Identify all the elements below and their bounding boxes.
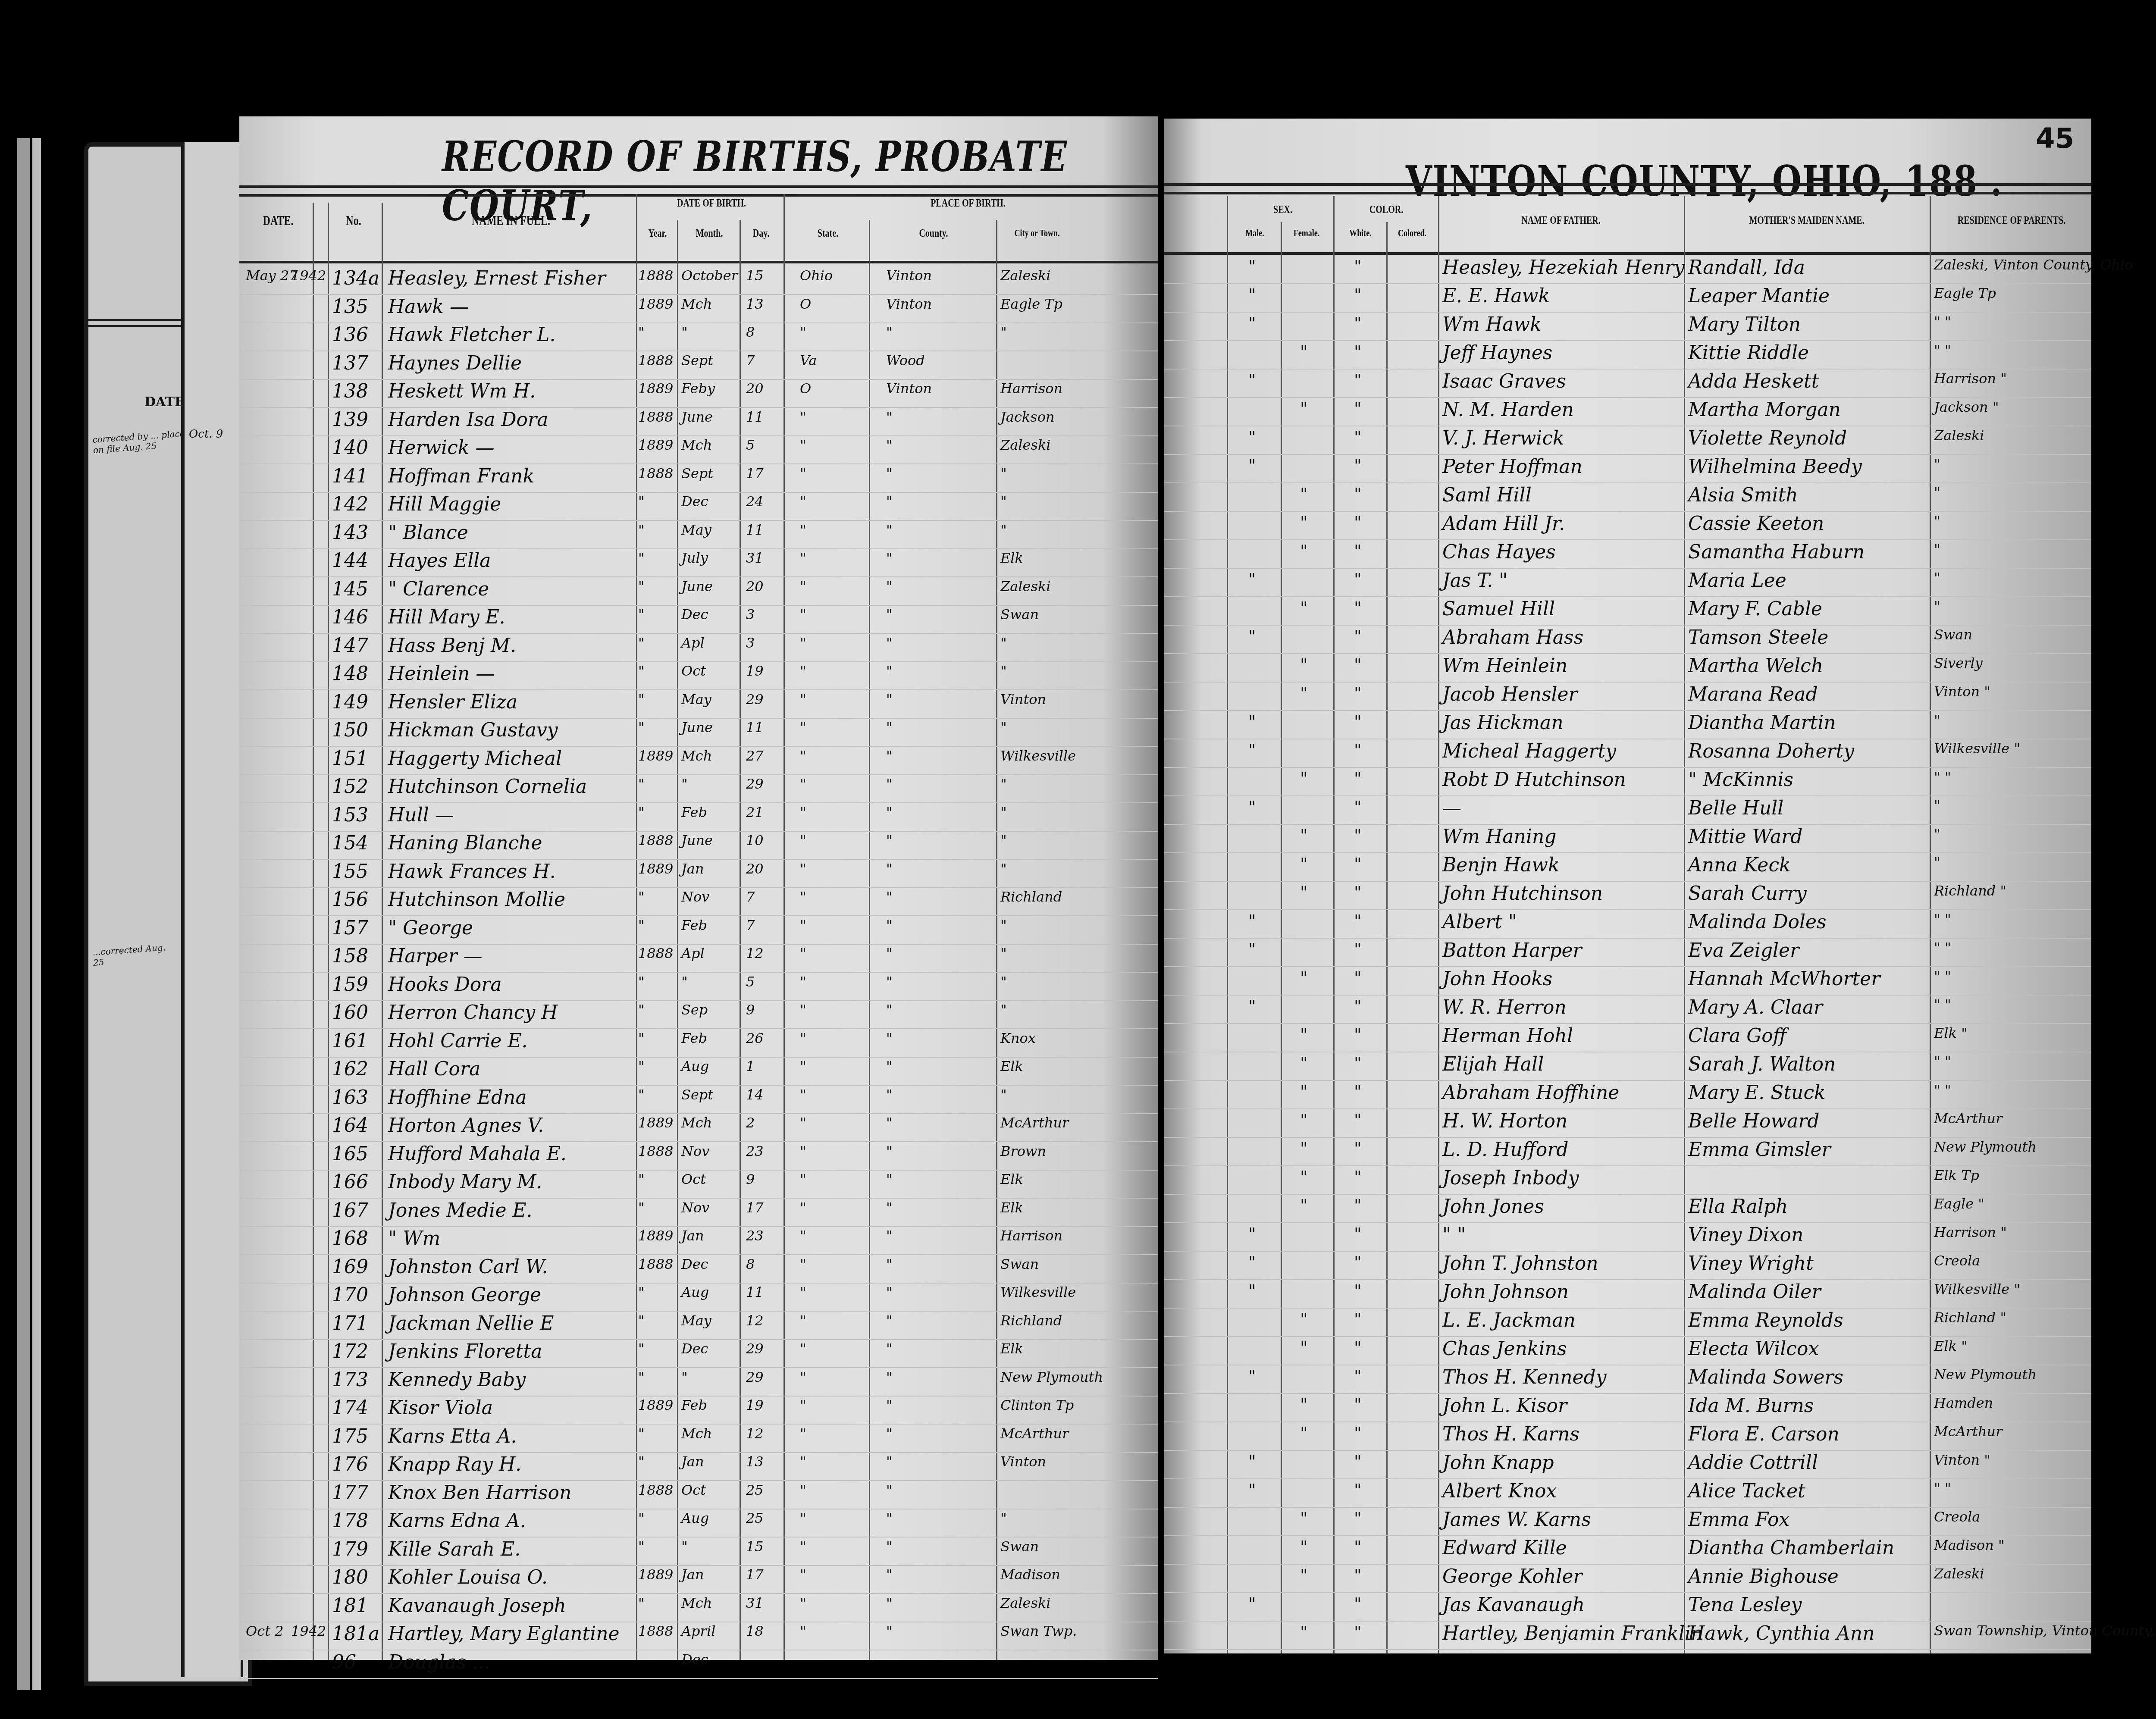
cell-state: "	[800, 1453, 806, 1470]
cell-year: 1889	[638, 748, 673, 764]
cell-mother: Diantha Martin	[1688, 712, 1836, 734]
cell-state: "	[800, 635, 806, 651]
cell-date: May 27	[246, 267, 298, 284]
cell-city: Swan	[1000, 606, 1039, 623]
cell-year: 1888	[638, 945, 673, 961]
record-row: """ "Viney DixonHarrison "	[1164, 1224, 2091, 1252]
cell-mother: Kittie Riddle	[1688, 342, 1809, 364]
ruled-line	[1164, 938, 2091, 939]
header-sex: SEX.	[1229, 204, 1337, 216]
ruled-line	[239, 1113, 1158, 1114]
cell-month: July	[681, 550, 708, 566]
cell-state: "	[800, 804, 806, 820]
cell-no: 158	[332, 945, 368, 967]
cell-mother: Eva Zeigler	[1688, 939, 1799, 961]
cell-city: Richland	[1000, 1312, 1062, 1329]
record-row: ""Herman HohlClara GoffElk "	[1164, 1025, 2091, 1053]
ruled-line	[1164, 710, 2091, 711]
cell-month: Dec	[681, 1340, 708, 1357]
record-row: 140Herwick —1889Mch5""Zaleski	[239, 437, 1158, 465]
ruled-line	[1164, 1507, 2091, 1508]
cell-city: "	[1000, 1087, 1007, 1103]
cell-father: V. J. Herwick	[1442, 427, 1564, 449]
cell-no: 164	[332, 1115, 368, 1137]
cell-state: "	[800, 550, 806, 566]
record-row: ""Chas HayesSamantha Haburn"	[1164, 541, 2091, 570]
cell-father: Jas Kavanaugh	[1442, 1594, 1585, 1616]
cell-residence: Creola	[1934, 1509, 1980, 1525]
cell-male: "	[1248, 939, 1256, 958]
cell-white: "	[1354, 626, 1361, 645]
cell-residence: Elk "	[1934, 1025, 1968, 1041]
cell-county: "	[886, 1199, 893, 1216]
cell-residence: "	[1934, 456, 1940, 472]
cell-white: "	[1354, 655, 1361, 674]
cell-female: "	[1300, 769, 1307, 788]
ruled-line	[1164, 625, 2091, 626]
cell-day: 19	[746, 663, 764, 679]
cell-state: "	[800, 663, 806, 679]
record-row: ""Thos H. KennedyMalinda SowersNew Plymo…	[1164, 1366, 2091, 1395]
ruled-line	[239, 1537, 1158, 1537]
cell-year: "	[638, 663, 645, 679]
ruled-line	[239, 1339, 1158, 1340]
cell-residence: Zaleski, Vinton County, Ohio	[1934, 257, 2133, 273]
ruled-line	[239, 548, 1158, 549]
cell-residence: Creola	[1934, 1252, 1980, 1269]
cell-mother: Wilhelmina Beedy	[1688, 456, 1862, 478]
ruled-line	[239, 520, 1158, 521]
ruled-line	[239, 323, 1158, 323]
ruled-line	[239, 1170, 1158, 1171]
cell-white: "	[1354, 1167, 1361, 1186]
cell-residence: "	[1934, 826, 1940, 842]
cell-female: "	[1300, 1309, 1307, 1328]
ruled-line	[1164, 1308, 2091, 1309]
cell-male: "	[1248, 257, 1256, 276]
record-row: 163Hoffhine Edna"Sept14"""	[239, 1087, 1158, 1115]
record-row: ""Joseph InbodyElk Tp	[1164, 1167, 2091, 1196]
cell-month: Aug	[681, 1058, 709, 1074]
ruled-line	[239, 915, 1158, 916]
record-row: ""Saml HillAlsia Smith"	[1164, 484, 2091, 513]
cell-male: "	[1248, 1281, 1256, 1300]
cell-mother: Rosanna Doherty	[1688, 740, 1854, 762]
margin-date: Oct. 9	[189, 428, 223, 441]
cell-mother: Mary E. Stuck	[1688, 1082, 1826, 1104]
cell-no: 175	[332, 1425, 368, 1447]
cell-no: 138	[332, 380, 368, 402]
header-state: State.	[787, 227, 869, 240]
cell-mother: Emma Reynolds	[1688, 1309, 1843, 1331]
cell-county: "	[886, 1453, 893, 1470]
ruled-line	[1164, 312, 2091, 313]
cell-residence: Elk Tp	[1934, 1167, 1979, 1184]
cell-father: Elijah Hall	[1442, 1053, 1544, 1075]
cell-mother: Mary F. Cable	[1688, 598, 1822, 620]
ruled-line	[1164, 596, 2091, 597]
cell-county: "	[886, 635, 893, 651]
ruled-line	[1164, 739, 2091, 739]
record-row: 144Hayes Ella"July31""Elk	[239, 550, 1158, 578]
cell-city: Elk	[1000, 1171, 1023, 1187]
cell-mother: Belle Hull	[1688, 797, 1783, 819]
cell-name: " George	[388, 917, 473, 939]
cell-month: Jan	[681, 1566, 704, 1583]
cell-no: 167	[332, 1199, 368, 1221]
ruled-line	[239, 718, 1158, 719]
cell-female: "	[1300, 883, 1307, 902]
cell-state: "	[800, 1087, 806, 1103]
cell-father: Albert Knox	[1442, 1480, 1557, 1502]
cell-month: Mch	[681, 1115, 712, 1131]
cell-year: "	[638, 719, 645, 736]
cell-day: 29	[746, 691, 764, 708]
cell-white: "	[1354, 1252, 1361, 1271]
cell-year: "	[638, 1171, 645, 1187]
cell-male: "	[1248, 427, 1256, 446]
cell-county: "	[886, 1595, 893, 1611]
cell-state: "	[800, 578, 806, 595]
cell-no: 170	[332, 1284, 368, 1306]
cell-state: "	[800, 1482, 806, 1498]
cell-no: 152	[332, 776, 368, 798]
cell-city: New Plymouth	[1000, 1369, 1103, 1385]
cell-month: Aug	[681, 1284, 709, 1300]
cell-county: "	[886, 776, 893, 792]
record-row: ""Albert KnoxAlice Tacket" "	[1164, 1480, 2091, 1509]
record-row: 136Hawk Fletcher L.""8"""	[239, 324, 1158, 352]
cell-county: "	[886, 1566, 893, 1583]
ruled-line	[239, 1367, 1158, 1368]
cell-state: O	[800, 296, 811, 312]
cell-name: " Wm	[388, 1227, 440, 1249]
cell-father: Edward Kille	[1442, 1537, 1567, 1559]
record-row: ""Micheal HaggertyRosanna DohertyWilkesv…	[1164, 740, 2091, 769]
cell-month: Dec	[681, 493, 708, 510]
cell-residence: " "	[1934, 313, 1951, 330]
cell-year: 1888	[638, 409, 673, 425]
cell-white: "	[1354, 1366, 1361, 1385]
cell-no: 155	[332, 861, 368, 883]
cell-father: Thos H. Kennedy	[1442, 1366, 1607, 1388]
record-row: 167Jones Medie E."Nov17""Elk	[239, 1199, 1158, 1228]
cell-day: 27	[746, 748, 764, 764]
cell-residence: Hamden	[1934, 1395, 1993, 1411]
header-city: City or Town.	[998, 227, 1076, 239]
cell-day: 31	[746, 550, 764, 566]
cell-father: Wm Heinlein	[1442, 655, 1567, 677]
cell-name: Hass Benj M.	[388, 635, 516, 657]
cell-state: "	[800, 1340, 806, 1357]
cell-female: "	[1300, 1509, 1307, 1528]
cell-city: Vinton	[1000, 691, 1046, 708]
header-residence: RESIDENCE OF PARENTS.	[1932, 214, 2091, 227]
ruled-line	[239, 859, 1158, 860]
cell-month: Nov	[681, 1143, 709, 1159]
cell-male: "	[1248, 626, 1256, 645]
cell-year: 1888	[638, 1256, 673, 1272]
record-row: ""N. M. HardenMartha MorganJackson "	[1164, 399, 2091, 427]
ruled-line	[239, 1565, 1158, 1566]
cell-name: Herron Chancy H	[388, 1002, 558, 1024]
cell-city: Wilkesville	[1000, 748, 1076, 764]
cell-father: Wm Hawk	[1442, 313, 1542, 335]
cell-day: 20	[746, 861, 764, 877]
cell-county: "	[886, 493, 893, 510]
ruled-line	[1164, 454, 2091, 455]
record-row: ""Isaac GravesAdda HeskettHarrison "	[1164, 370, 2091, 399]
cell-day: 9	[746, 1171, 755, 1187]
record-row: 159Hooks Dora""5"""	[239, 974, 1158, 1002]
cell-male: "	[1248, 1452, 1256, 1471]
cell-city: "	[1000, 861, 1007, 877]
cell-no: 147	[332, 635, 368, 657]
cell-city: "	[1000, 324, 1007, 340]
cell-month: Oct	[681, 1171, 706, 1187]
cell-name: Hutchinson Mollie	[388, 889, 565, 911]
cell-year: "	[638, 606, 645, 623]
ruled-line	[1164, 767, 2091, 768]
record-row: ""W. R. HerronMary A. Claar" "	[1164, 996, 2091, 1025]
cell-mother: Malinda Doles	[1688, 911, 1827, 933]
cell-white: "	[1354, 1537, 1361, 1556]
record-row: ""Jacob HenslerMarana ReadVinton "	[1164, 683, 2091, 712]
ruled-line	[1164, 1279, 2091, 1280]
underlying-page-column: Oct. 9	[181, 142, 243, 1677]
cell-residence: " "	[1934, 1480, 1951, 1497]
ruled-line	[1164, 1621, 2091, 1622]
cell-father: Jas Hickman	[1442, 712, 1563, 734]
cell-residence: Swan Township, Vinton County, Ohio	[1934, 1622, 2156, 1639]
record-row: 181Kavanaugh Joseph"Mch31""Zaleski	[239, 1595, 1158, 1623]
cell-year: 1888	[638, 465, 673, 482]
cell-white: "	[1354, 1452, 1361, 1471]
ruled-line	[239, 492, 1158, 493]
ruled-line	[1164, 511, 2091, 512]
cell-county: "	[886, 465, 893, 482]
record-row: ""L. E. JackmanEmma ReynoldsRichland "	[1164, 1309, 2091, 1338]
cell-no: 159	[332, 974, 368, 996]
cell-mother: Addie Cottrill	[1688, 1452, 1818, 1474]
cell-residence: Harrison "	[1934, 370, 2007, 387]
cell-state: "	[800, 691, 806, 708]
cell-male: "	[1248, 313, 1256, 332]
cell-mother: Leaper Mantie	[1688, 285, 1830, 307]
cell-county: "	[886, 1227, 893, 1244]
cell-no: 161	[332, 1030, 368, 1052]
cell-father: " "	[1442, 1224, 1466, 1246]
header-place-of-birth: PLACE OF BIRTH.	[787, 197, 1149, 210]
cell-name: Knapp Ray H.	[388, 1453, 521, 1475]
cell-mother: Alice Tacket	[1688, 1480, 1805, 1502]
cell-name: Heinlein —	[388, 663, 495, 685]
cell-month: Oct	[681, 1482, 706, 1498]
cell-month: Mch	[681, 748, 712, 764]
ruled-line	[1164, 426, 2091, 426]
cell-month: "	[681, 1538, 688, 1555]
header-date: DATE.	[248, 214, 308, 229]
cell-mother: Martha Welch	[1688, 655, 1823, 677]
cell-city: Clinton Tp	[1000, 1397, 1074, 1413]
cell-day: 20	[746, 578, 764, 595]
cell-year: "	[638, 550, 645, 566]
cell-father: Abraham Hoffhine	[1442, 1082, 1619, 1104]
cell-year: "	[638, 1595, 645, 1611]
cell-day: 2	[746, 1115, 755, 1131]
record-row: ""John HooksHannah McWhorter" "	[1164, 968, 2091, 996]
record-row: 96Douglas ...Dec	[239, 1651, 1158, 1680]
cell-father: Robt D Hutchinson	[1442, 769, 1626, 791]
cell-father: Peter Hoffman	[1442, 456, 1583, 478]
cell-month: Feb	[681, 1397, 707, 1413]
cell-no: 134a	[332, 267, 379, 289]
ruled-line	[1164, 1080, 2091, 1081]
record-row: 177Knox Ben Harrison1888Oct25""	[239, 1482, 1158, 1510]
cell-county: "	[886, 550, 893, 566]
cell-white: "	[1354, 1053, 1361, 1072]
ledger-spread: DATE. corrected by ... placed on file Au…	[0, 0, 2156, 1719]
ruled-line	[1164, 852, 2091, 853]
cell-county: "	[886, 748, 893, 764]
page-title: VINTON COUNTY, OHIO, 188 .	[1406, 157, 2003, 206]
record-row: ""Jas HickmanDiantha Martin"	[1164, 712, 2091, 740]
header-day: Day.	[742, 227, 780, 240]
cell-mother: Adda Heskett	[1688, 370, 1819, 392]
cell-county: "	[886, 1510, 893, 1526]
cell-state: "	[800, 1510, 806, 1526]
cell-father: John Knapp	[1442, 1452, 1554, 1474]
cell-year: 1888	[638, 352, 673, 369]
cell-state: "	[800, 437, 806, 453]
cell-mother: Tamson Steele	[1688, 626, 1828, 648]
cell-father: Adam Hill Jr.	[1442, 513, 1565, 535]
cell-county: "	[886, 861, 893, 877]
cell-female: "	[1300, 1139, 1307, 1158]
cell-year: "	[638, 1340, 645, 1357]
cell-no: 178	[332, 1510, 368, 1532]
cell-year: "	[638, 917, 645, 933]
cell-residence: Wilkesville "	[1934, 1281, 2020, 1297]
cell-city: Eagle Tp	[1000, 296, 1062, 312]
ruled-line	[1164, 1251, 2091, 1252]
cell-father: Herman Hohl	[1442, 1025, 1573, 1047]
cell-day: 5	[746, 974, 755, 990]
ruled-line	[1164, 1564, 2091, 1565]
cell-white: "	[1354, 883, 1361, 902]
cell-state: "	[800, 1312, 806, 1329]
cell-city: "	[1000, 776, 1007, 792]
cell-white: "	[1354, 1082, 1361, 1101]
record-row: 157" George"Feb7"""	[239, 917, 1158, 946]
ruled-line	[239, 1226, 1158, 1227]
record-row: ""Elijah HallSarah J. Walton" "	[1164, 1053, 2091, 1082]
cell-father: Samuel Hill	[1442, 598, 1555, 620]
record-row: ""Batton HarperEva Zeigler" "	[1164, 939, 2091, 968]
cell-city: "	[1000, 635, 1007, 651]
cell-name: Hickman Gustavy	[388, 719, 558, 741]
cell-male: "	[1248, 570, 1256, 589]
cell-male: "	[1248, 1366, 1256, 1385]
cell-father: John Jones	[1442, 1196, 1544, 1218]
cell-residence: Richland "	[1934, 1309, 2006, 1326]
cell-year: "	[638, 1369, 645, 1385]
cell-residence: New Plymouth	[1934, 1139, 2037, 1155]
cell-state: "	[800, 324, 806, 340]
record-row: 156Hutchinson Mollie"Nov7""Richland	[239, 889, 1158, 917]
cell-year: 1888	[638, 1482, 673, 1498]
cell-residence: " "	[1934, 1082, 1951, 1098]
cell-female: "	[1300, 1566, 1307, 1584]
cell-female: "	[1300, 1338, 1307, 1357]
cell-father: L. D. Hufford	[1442, 1139, 1568, 1161]
cell-day: 12	[746, 1425, 764, 1442]
cell-month: Mch	[681, 437, 712, 453]
cell-residence: Siverly	[1934, 655, 1983, 671]
cell-name: Jackman Nellie E	[388, 1312, 554, 1334]
ruled-line	[1164, 1393, 2091, 1394]
cell-residence: " "	[1934, 911, 1951, 927]
cell-month: Dec	[681, 606, 708, 623]
cell-day: 19	[746, 1397, 764, 1413]
record-row: 141Hoffman Frank1888Sept17"""	[239, 465, 1158, 494]
cell-city: "	[1000, 465, 1007, 482]
cell-mother: Alsia Smith	[1688, 484, 1798, 506]
cell-father: John T. Johnston	[1442, 1252, 1598, 1274]
cell-state: "	[800, 1002, 806, 1018]
cell-name: Haggerty Micheal	[388, 748, 562, 770]
cell-mother: Annie Bighouse	[1688, 1566, 1839, 1587]
cell-state: "	[800, 832, 806, 849]
cell-name: Hill Mary E.	[388, 606, 505, 628]
cell-female: "	[1300, 598, 1307, 617]
cell-day: 17	[746, 1199, 764, 1216]
cell-male: "	[1248, 370, 1256, 389]
header-date-of-birth: DATE OF BIRTH.	[638, 197, 785, 210]
cell-city: "	[1000, 663, 1007, 679]
cell-residence: Zaleski	[1934, 1566, 1984, 1582]
page-edge-strip	[17, 138, 30, 1690]
cell-father: George Kohler	[1442, 1566, 1583, 1587]
cell-day: 12	[746, 945, 764, 961]
record-row: ""Peter HoffmanWilhelmina Beedy"	[1164, 456, 2091, 484]
cell-date: Oct 2	[246, 1623, 284, 1639]
cell-state: O	[800, 380, 811, 397]
cell-county: "	[886, 945, 893, 961]
cell-male: "	[1248, 1594, 1256, 1613]
cell-year: "	[638, 493, 645, 510]
cell-state: "	[800, 465, 806, 482]
cell-name: Hawk Fletcher L.	[388, 324, 555, 346]
cell-mother: Tena Lesley	[1688, 1594, 1802, 1616]
cell-name: Harper —	[388, 945, 483, 967]
cell-day: 11	[746, 719, 764, 736]
cell-white: "	[1354, 1566, 1361, 1584]
cell-residence: Eagle "	[1934, 1196, 1984, 1212]
cell-day: 10	[746, 832, 764, 849]
cell-city: Zaleski	[1000, 1595, 1051, 1611]
cell-month: Sept	[681, 465, 713, 482]
cell-father: Abraham Hass	[1442, 626, 1583, 648]
cell-county: "	[886, 409, 893, 425]
cell-mother: Flora E. Carson	[1688, 1423, 1839, 1445]
cell-residence: " "	[1934, 968, 1951, 984]
cell-white: "	[1354, 1423, 1361, 1442]
cell-city: Swan	[1000, 1538, 1039, 1555]
record-row: ""Heasley, Hezekiah HenryRandall, IdaZal…	[1164, 257, 2091, 285]
cell-state: "	[800, 945, 806, 961]
cell-name: Johnston Carl W.	[388, 1256, 548, 1278]
